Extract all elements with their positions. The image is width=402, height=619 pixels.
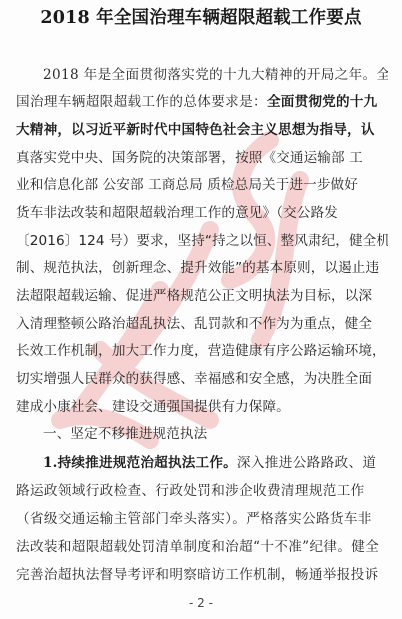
paragraph-line: 制、规范执法，创新理念、提升效能”的基本原则，以遏止违 [16, 258, 388, 278]
item-heading: 1.持续推进规范治超执法工作。 [43, 455, 237, 471]
paragraph-line: 2018 年是全面贯彻落实党的十九大精神的开局之年。全 [16, 65, 388, 85]
document-title: 2018 年全国治理车辆超限超载工作要点 [0, 4, 402, 29]
text-span: 深入推进公路路政、道 [237, 455, 376, 471]
paragraph-line: 大精神，以习近平新时代中国特色社会主义思想为指导，认 [16, 120, 388, 140]
paragraph-line: 路运政领域行政检查、行政处罚和涉企收费清理规范工作 [16, 481, 388, 501]
paragraph-line: 入清理整顿公路治超乱执法、乱罚款和不作为为重点，健全 [16, 314, 388, 334]
paragraph-line: 长效工作机制，加大工作力度，营造健康有序公路运输环境， [16, 341, 388, 361]
paragraph-line: 货车非法改装和超限超载治理工作的意见》（交公路发 [16, 203, 388, 223]
paragraph-line: 国治理车辆超限超载工作的总体要求是：全面贯彻党的十九 [16, 92, 388, 112]
emphasis-text: 全面贯彻党的十九 [267, 94, 377, 110]
paragraph-line: 切实增强人民群众的获得感、幸福感和安全感，为决胜全面 [16, 369, 388, 389]
document-page: 2018 年全国治理车辆超限超载工作要点 2018 年是全面贯彻落实党的十九大精… [0, 0, 402, 619]
paragraph-line: 完善治超执法督导考评和明察暗访工作机制，畅通举报投诉 [16, 565, 388, 585]
emphasis-text: 大精神，以习近平新时代中国特色社会主义思想为指导，认 [16, 122, 375, 138]
paragraph-line: 〔2016〕124 号）要求，坚持“持之以恒、整风肃纪，健全机 [16, 231, 388, 251]
paragraph-line: 法超限超载运输、促进严格规范公正文明执法为目标，以深 [16, 286, 388, 306]
section-heading: 一、坚定不移推进规范执法 [16, 424, 388, 444]
paragraph-line: （省级交通运输主管部门牵头落实）。严格落实公路货车非 [16, 509, 388, 529]
paragraph-line: 1.持续推进规范治超执法工作。深入推进公路路政、道 [16, 453, 388, 473]
page-number: - 2 - [0, 596, 402, 610]
paragraph-line: 法改装和超限超载处罚清单制度和治超“十不准”纪律。健全 [16, 537, 388, 557]
paragraph-line: 业和信息化部 公安部 工商总局 质检总局关于进一步做好 [16, 175, 388, 195]
paragraph-line: 建成小康社会、建设交通强国提供有力保障。 [16, 397, 388, 417]
paragraph-line: 真落实党中央、国务院的决策部署，按照《交通运输部 工 [16, 148, 388, 168]
text-span: 国治理车辆超限超载工作的总体要求是： [16, 94, 267, 110]
